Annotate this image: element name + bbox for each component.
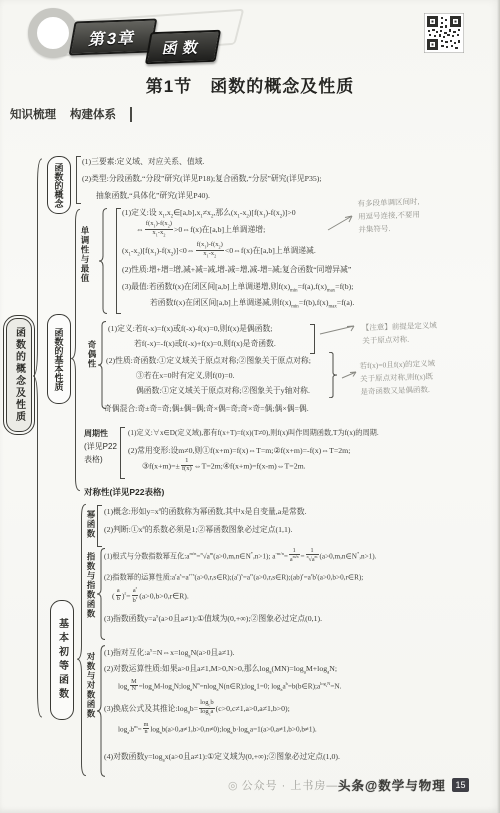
qr-code-icon [424,13,464,53]
handwritten-note-domain-symmetric: 【注意】前提是定义域 关于原点对称. [362,319,438,348]
root-node: 函数的概念及性质 [6,318,32,432]
concept-bracket [76,156,81,204]
periodicity-label: 周期性 [84,428,117,441]
annotation-arrow [318,322,358,336]
footer-channel-text: ◎公众号 · 上书房— [228,777,338,793]
section-title: 第1节 函数的概念及性质 [0,72,500,97]
content-line: ③f(x+m)=±1f(x)⇔T=2m;④f(x+m)=f(x-m)⇔T=2m. [142,459,306,474]
content-line: ③若在x=0时有定义,则f(0)=0. [136,371,234,380]
scanned-textbook-page: 第3章 函数 第1节 函数的概念及性质 知识梳理 构建体系 函数的概念及性质 [0,0,500,813]
content-line: (2)类型:分段函数,“分段”研究(详见P18);复合函数,“分层”研究(详见P… [82,174,322,183]
parity-definition-close-bracket [310,324,315,354]
content-line: (2)性质:奇函数:①定义域关于原点对称;②图象关于原点对称; [106,356,311,365]
content-line: ⇔f(x1)-f(x2)x1-x2>0⇔f(x)在[a,b]上单调递增; [136,222,265,238]
note-line: 【注意】前提是定义域 [362,319,437,335]
sublabel-periodicity: 周期性 (详见P22 表格) [84,428,117,467]
wechat-icon: ◎ [228,780,239,792]
branch-node-basic-functions: 基本初等函数 [50,600,74,720]
sublabel-symmetry: 对称性(详见P22表格) [84,486,164,498]
watermark-text: 头条@数学与物理 [338,776,446,794]
note-line: 关于原点对称. [362,332,437,348]
content-line: loganbm=mnlogab(a>0,a≠1,b>0,n≠0);logab·l… [118,723,317,737]
content-line: 奇偶混合:奇±奇=奇;偶±偶=偶;奇×偶=奇;奇×奇=偶;偶×偶=偶. [104,404,309,413]
content-line: logaMN=logaM-logaN;logaNn=nlogaN(n∈R);lo… [118,680,341,694]
tagline-divider [130,107,132,122]
content-line: (1)定义:设 x1,x2∈[a,b],x1≠x2,那么(x1-x2)[f(x1… [122,208,296,220]
tagline-knowledge: 知识梳理 [10,106,56,122]
content-line: (3)最值:若函数f(x)在闭区间[a,b]上单调递增,则f(x)min=f(a… [122,282,353,294]
content-line: (x1-x2)[f(x1)-f(x2)]<0⇔f(x1)-f(x2)x1-x2<… [122,243,316,259]
sublabel-power-function: 幂函数 [85,510,97,546]
chapter-subject-badge: 函数 [145,30,221,64]
content-line: (1)定义:∀x∈D(定义域),都有f(x+T)=f(x)(T≠0),则f(x)… [128,429,379,438]
tagline-structure: 构建体系 [70,106,116,122]
sublabel-monotonicity: 单调性与最值 [79,226,91,310]
periodicity-ref-2: 表格) [84,454,117,467]
content-line: (1)三要素:定义域、对应关系、值域. [82,157,204,166]
page-number-badge: 15 [452,778,469,792]
content-line: (1)指对互化:ax=N⇔x=logaN(a>0且a≠1). [104,648,235,660]
chapter-number-badge: 第3章 [69,19,158,56]
content-line: (2)常用变形:设m≠0,则①f(x+m)=f(x)⇔T=m;②f(x+m)=-… [128,446,350,455]
monotonicity-brace-connector [98,208,108,314]
note-line: 并集符号. [358,221,420,236]
power-bracket [97,505,102,547]
content-line: 偶函数:①定义域关于原点对称;②图象关于y轴对称. [136,386,310,395]
branch-node-basic-properties: 函数的基本性质 [47,314,71,404]
content-line: (2)性质:增+增=增,减+减=减,增-减=增,减-增=减;复合函数“同增异减” [122,265,351,274]
note-line: 用逗号连接,不要用 [358,208,420,223]
annotation-arrow [340,368,360,380]
content-line: (1)概念:形如y=xa的函数称为幂函数,其中x是自变量,a是常数. [104,507,307,516]
branch-node-concept: 函数的概念 [47,156,71,214]
content-line: (3)指数函数y=ax(a>0且a≠1):①值域为(0,+∞);②图象必过定点(… [104,614,322,623]
content-line: (ab)r=arbr(a>0,b>0,r∈R). [112,587,189,606]
content-line: (2)判断:①xa的系数必须是1;②幂函数图象必过定点(1,1). [104,525,292,534]
handwritten-note-monotonic-intervals: 有多段单调区间时, 用逗号连接,不要用 并集符号. [357,195,420,237]
content-line: 若f(-x)=-f(x)或f(-x)+f(x)=0,则f(x)是奇函数. [134,339,276,348]
content-line: (3)换底公式及其推论:logab=logcblogca(c>0,c≠1,a>0… [104,701,290,717]
content-line: (2)指数幂的运算性质:aras=ar+s(a>0,r,s∈R);(ar)s=a… [104,572,363,582]
annotation-arrow [326,210,356,232]
handwritten-note-zero-function: 若f(x)=0且f(x)的定义域 关于原点对称,则f(x)既 是奇函数又是偶函数… [359,357,436,399]
note-line: 是奇函数又是偶函数. [360,383,436,399]
monotonicity-bracket [116,208,121,314]
content-line: 若函数f(x)在闭区间[a,b]上单调递减,则f(x)min=f(b),f(x)… [150,298,354,310]
content-line: (1)根式与分数指数幂互化:am/n=n√am(a>0,m,n∈N*,n>1);… [104,549,376,565]
content-line: (2)对数运算性质:如果a>0且a≠1,M>0,N>0,那么loga(MN)=l… [104,664,337,676]
periodicity-ref-1: (详见P22 [84,441,117,454]
content-line: (1)定义:若f(-x)=f(x)或f(-x)-f(x)=0,则f(x)是偶函数… [108,324,272,333]
parity-properties-close-brace [328,352,338,398]
tagline: 知识梳理 构建体系 [10,106,132,122]
content-line: (4)对数函数y=logax(a>0且a≠1):①定义域为(0,+∞);②图象必… [104,752,340,764]
content-line: 抽象函数,“具体化”研究(详见P40). [96,191,210,200]
periodicity-bracket [120,427,125,479]
root-brace-connector [32,156,43,720]
channel-name: 公众号 · 上书房— [242,780,339,792]
